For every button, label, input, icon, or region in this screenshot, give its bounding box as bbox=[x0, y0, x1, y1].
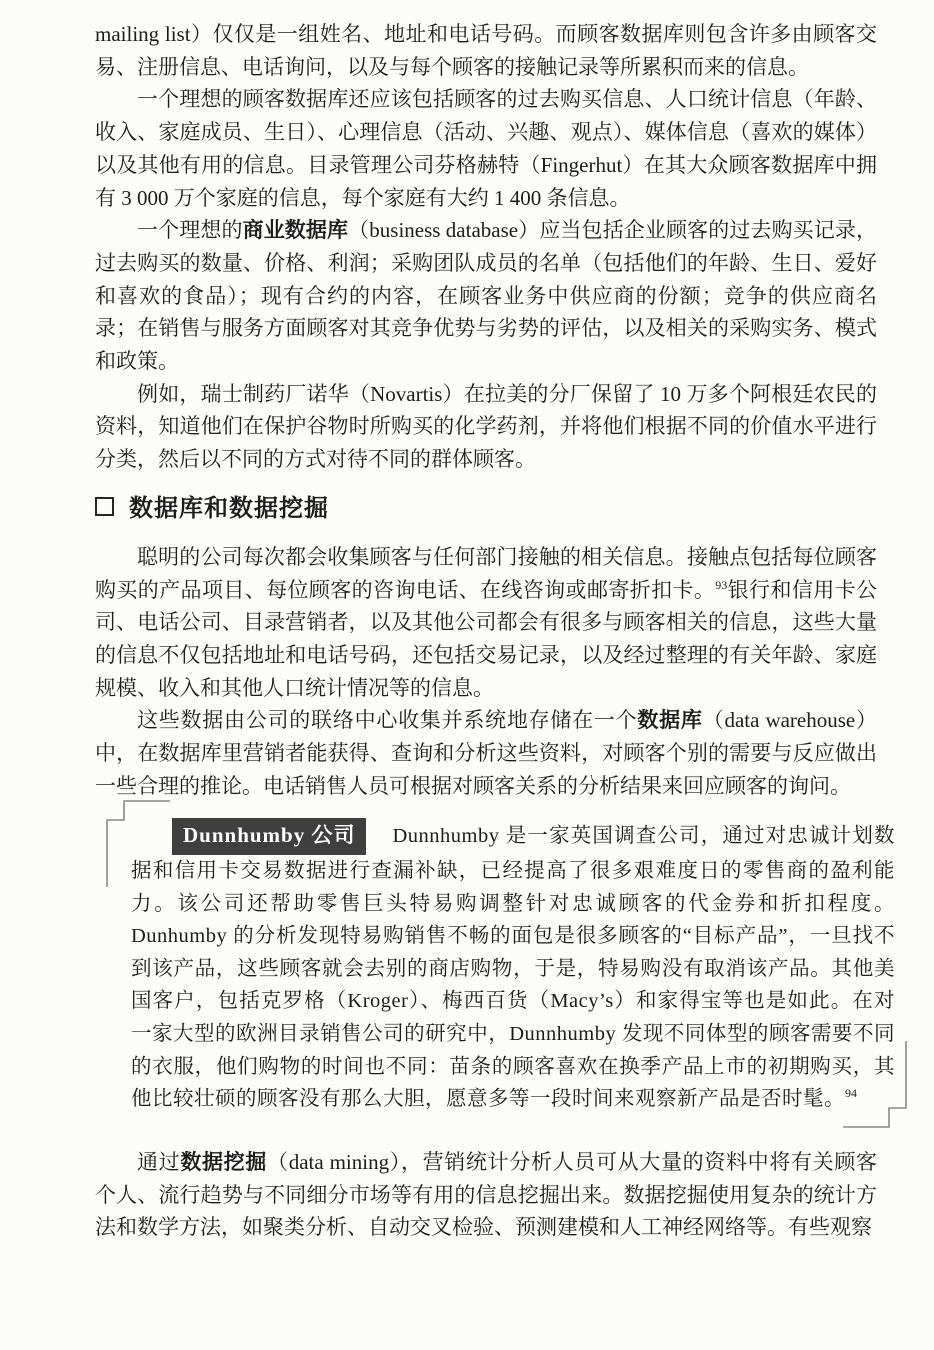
paragraph-data-warehouse: 这些数据由公司的联络中心收集并系统地存储在一个数据库（data warehous… bbox=[95, 704, 877, 802]
paragraph-text: 通过 bbox=[137, 1150, 180, 1174]
footnote-ref-94: 94 bbox=[845, 1086, 857, 1100]
footnote-ref-93: 93 bbox=[715, 578, 727, 592]
paragraph-ideal-customer-database: 一个理想的顾客数据库还应该包括顾客的过去购买信息、人口统计信息（年龄、收入、家庭… bbox=[95, 83, 877, 214]
paragraph-novartis-example: 例如，瑞士制药厂诺华（Novartis）在拉美的分厂保留了 10 万多个阿根廷农… bbox=[95, 378, 877, 476]
book-page: mailing list）仅仅是一组姓名、地址和电话号码。而顾客数据库则包含许多… bbox=[0, 0, 934, 1350]
paragraph-customer-database-continued: mailing list）仅仅是一组姓名、地址和电话号码。而顾客数据库则包含许多… bbox=[95, 18, 877, 83]
case-box-dunnhumby: Dunnhumby 公司Dunnhumby 是一家英国调查公司，通过对忠诚计划数… bbox=[131, 818, 895, 1115]
paragraph-data-mining: 通过数据挖掘（data mining），营销统计分析人员可从大量的资料中将有关顾… bbox=[95, 1146, 877, 1244]
case-box-body-text: Dunnhumby 是一家英国调查公司，通过对忠诚计划数据和信用卡交易数据进行查… bbox=[131, 825, 895, 1110]
paragraph-business-database: 一个理想的商业数据库（business database）应当包括企业顾客的过去… bbox=[95, 214, 877, 378]
hollow-square-bullet-icon bbox=[95, 497, 114, 516]
paragraph-text: 一个理想的 bbox=[137, 218, 243, 242]
paragraph-text: 这些数据由公司的联络中心收集并系统地存储在一个 bbox=[137, 708, 637, 732]
text-column: mailing list）仅仅是一组姓名、地址和电话号码。而顾客数据库则包含许多… bbox=[95, 18, 877, 1244]
section-heading-database-and-data-mining: 数据库和数据挖掘 bbox=[95, 488, 877, 523]
bold-term-data-warehouse: 数据库 bbox=[637, 708, 702, 732]
paragraph-touchpoints: 聪明的公司每次都会收集顾客与任何部门接触的相关信息。接触点包括每位顾客购买的产品… bbox=[95, 541, 877, 705]
bold-term-data-mining: 数据挖掘 bbox=[180, 1150, 267, 1174]
section-heading-label: 数据库和数据挖掘 bbox=[129, 488, 329, 523]
bold-term-business-database: 商业数据库 bbox=[243, 218, 349, 242]
case-box-title-badge: Dunnhumby 公司 bbox=[172, 818, 366, 855]
case-box-text: Dunnhumby 公司Dunnhumby 是一家英国调查公司，通过对忠诚计划数… bbox=[131, 818, 895, 1115]
